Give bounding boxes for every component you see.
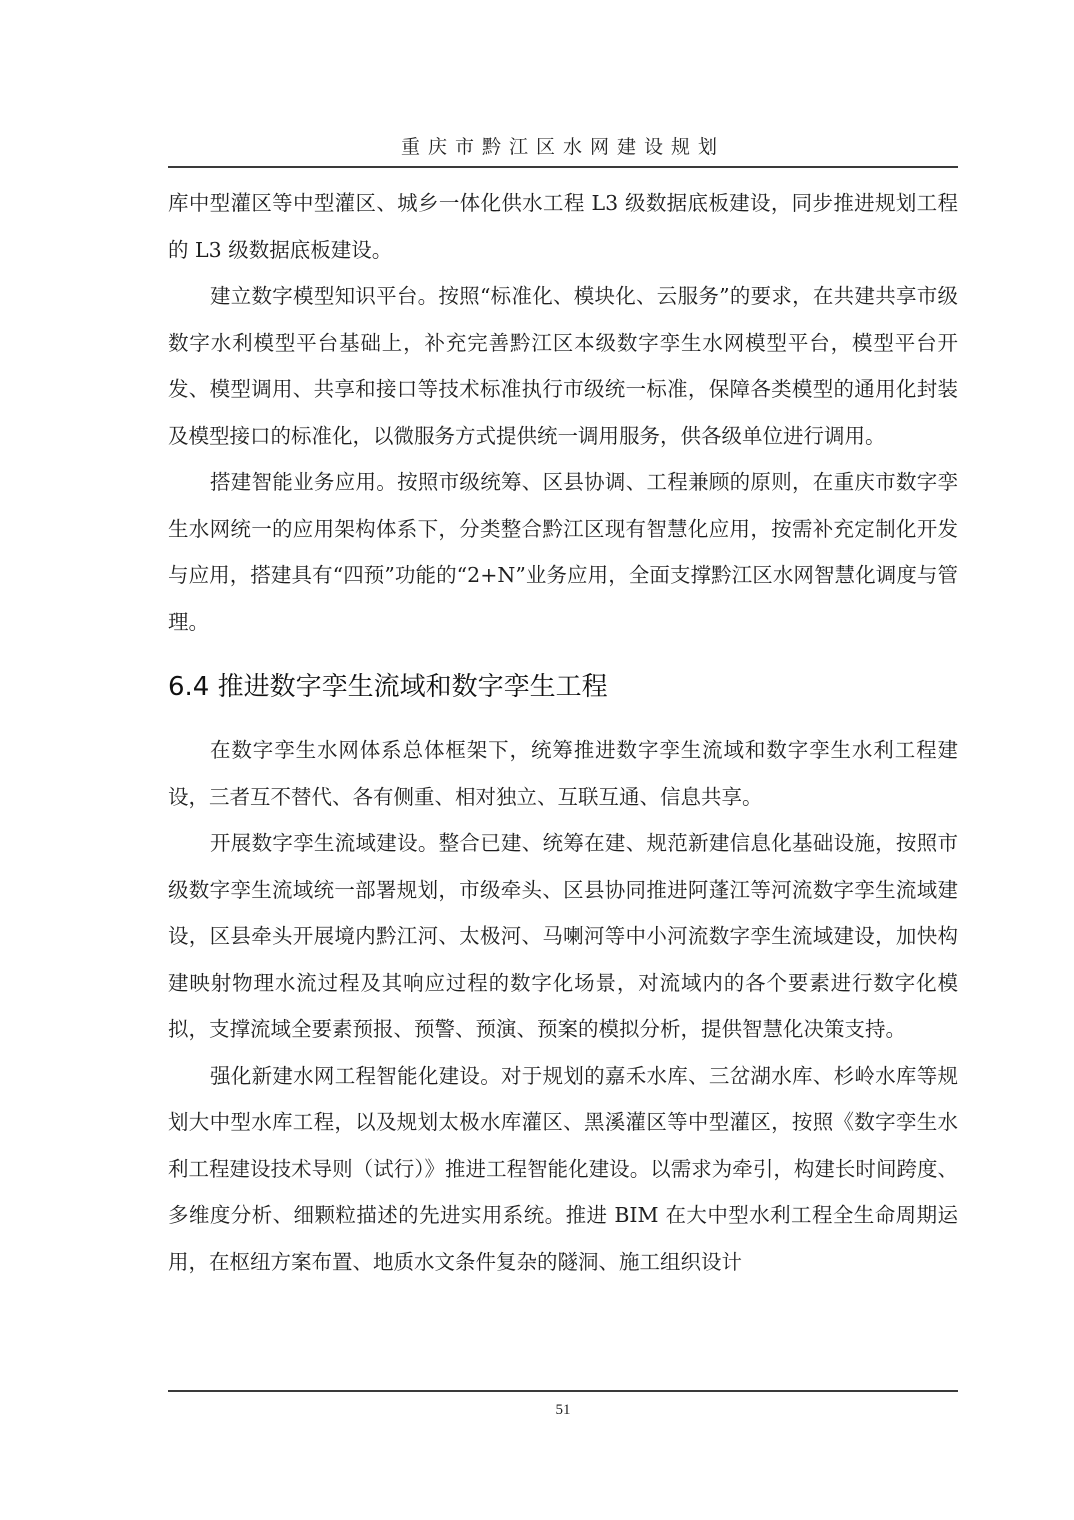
- section-heading: 6.4 推进数字孪生流域和数字孪生工程: [168, 667, 958, 707]
- running-header-title: 重庆市黔江区水网建设规划: [168, 132, 958, 162]
- paragraph-model-platform: 建立数字模型知识平台。按照“标准化、模块化、云服务”的要求，在共建共享市级数字水…: [168, 273, 958, 459]
- paragraph-new-projects: 强化新建水网工程智能化建设。对于规划的嘉禾水库、三岔湖水库、杉岭水库等规划大中型…: [168, 1053, 958, 1286]
- page-body: 库中型灌区等中型灌区、城乡一体化供水工程 L3 级数据底板建设，同步推进规划工程…: [168, 180, 958, 1285]
- paragraph-digital-basin: 开展数字孪生流域建设。整合已建、统筹在建、规范新建信息化基础设施，按照市级数字孪…: [168, 820, 958, 1053]
- header-divider: [168, 166, 958, 168]
- page-number: 51: [168, 1402, 958, 1419]
- paragraph-continued: 库中型灌区等中型灌区、城乡一体化供水工程 L3 级数据底板建设，同步推进规划工程…: [168, 180, 958, 273]
- paragraph-business-apps: 搭建智能业务应用。按照市级统筹、区县协调、工程兼顾的原则，在重庆市数字孪生水网统…: [168, 459, 958, 645]
- paragraph-framework: 在数字孪生水网体系总体框架下，统筹推进数字孪生流域和数字孪生水利工程建设，三者互…: [168, 727, 958, 820]
- footer-divider: [168, 1390, 958, 1392]
